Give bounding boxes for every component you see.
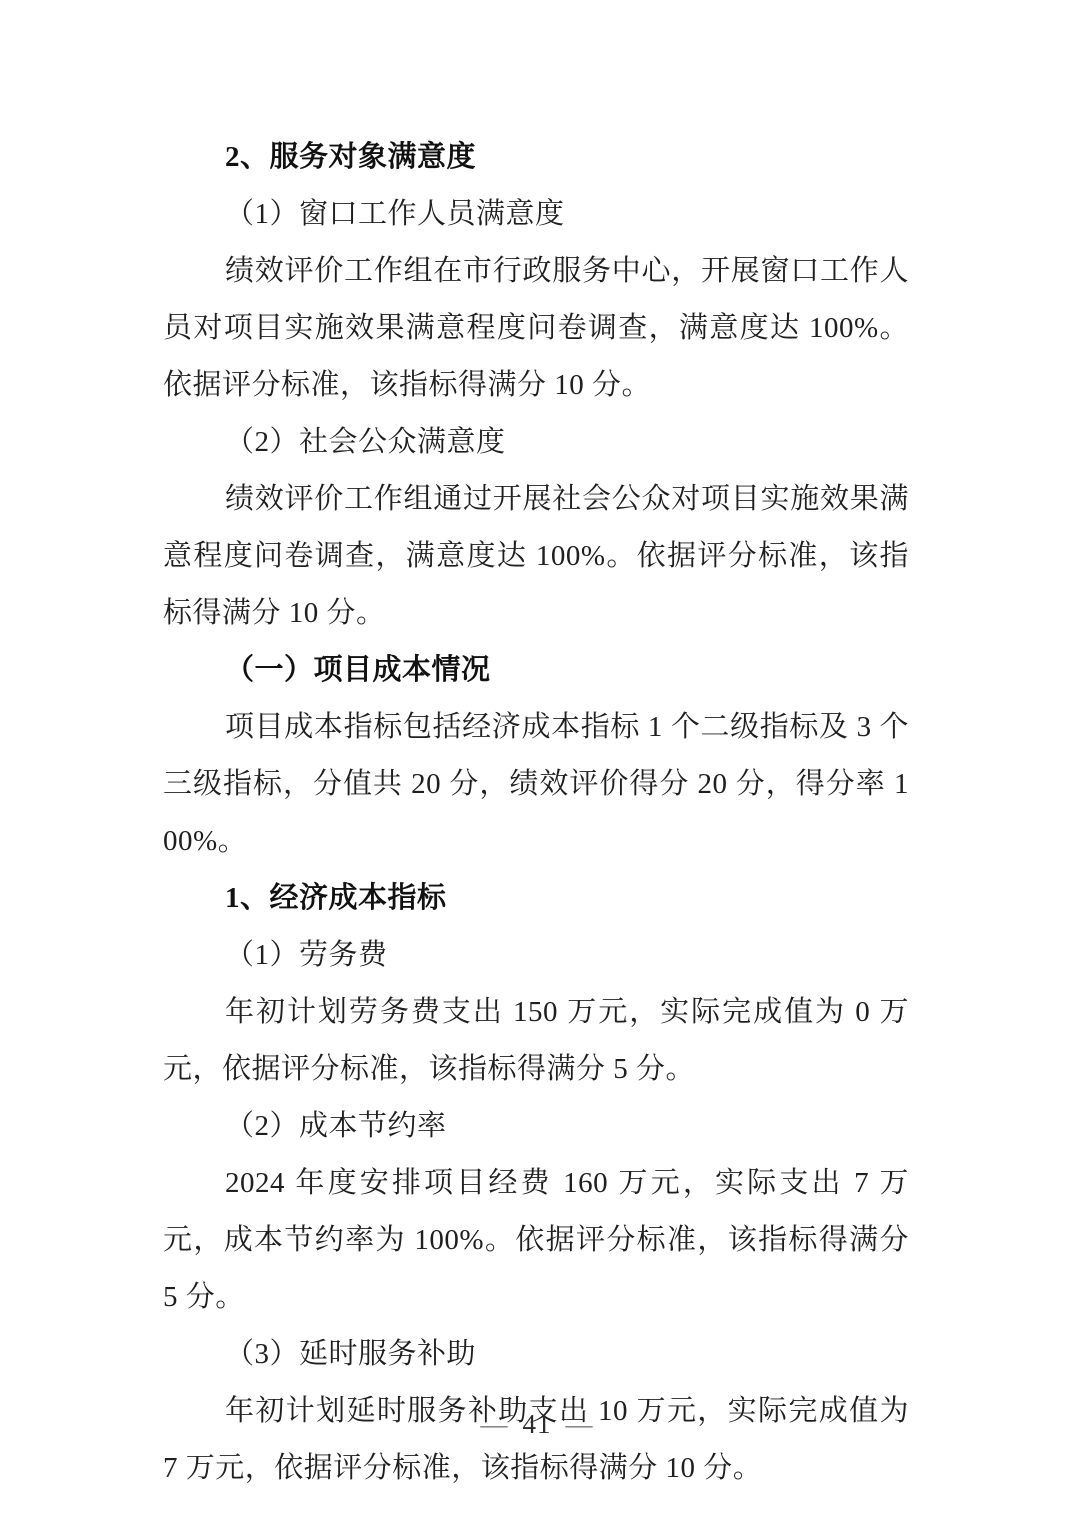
heading-service-target-satisfaction: 2、服务对象满意度 [163,129,909,186]
para-cost-indicator-overview: 项目成本指标包括经济成本指标 1 个二级指标及 3 个三级指标，分值共 20 分… [163,699,909,870]
para-window-staff-survey: 绩效评价工作组在市行政服务中心，开展窗口工作人员对项目实施效果满意程度问卷调查，… [163,243,909,414]
document-body: 2、服务对象满意度 （1）窗口工作人员满意度 绩效评价工作组在市行政服务中心，开… [163,129,909,1497]
page-footer: —41— [0,1404,1074,1444]
subheading-labor-fee: （1）劳务费 [163,927,909,984]
page-number: 41 [523,1409,552,1439]
para-cost-saving-detail: 2024 年度安排项目经费 160 万元，实际支出 7 万元，成本节约率为 10… [163,1155,909,1326]
footer-right-dash: — [552,1409,608,1439]
subheading-delayed-service-subsidy: （3）延时服务补助 [163,1326,909,1383]
footer-left-dash: — [467,1409,523,1439]
heading-project-cost-situation: （一）项目成本情况 [163,642,909,699]
subheading-cost-saving-rate: （2）成本节约率 [163,1098,909,1155]
subheading-public-satisfaction: （2）社会公众满意度 [163,414,909,471]
para-labor-fee-detail: 年初计划劳务费支出 150 万元，实际完成值为 0 万元，依据评分标准，该指标得… [163,984,909,1098]
heading-economic-cost-indicator: 1、经济成本指标 [163,870,909,927]
document-page: 2、服务对象满意度 （1）窗口工作人员满意度 绩效评价工作组在市行政服务中心，开… [0,0,1074,1520]
para-public-survey: 绩效评价工作组通过开展社会公众对项目实施效果满意程度问卷调查，满意度达 100%… [163,471,909,642]
subheading-window-staff-satisfaction: （1）窗口工作人员满意度 [163,186,909,243]
